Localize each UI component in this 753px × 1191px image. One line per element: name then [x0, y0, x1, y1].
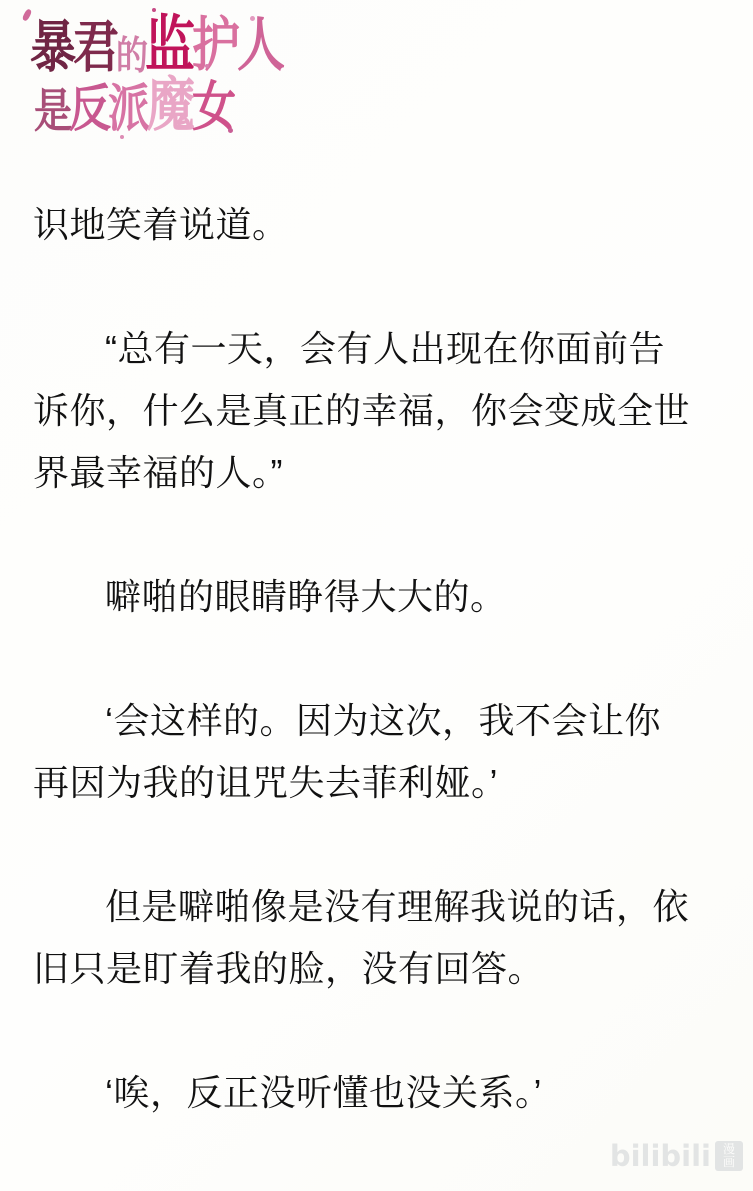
bilibili-watermark: bilibili 漫画 [610, 1141, 743, 1171]
paragraph-5: 但是噼啪像是没有理解我说的话，依旧只是盯着我的脸，没有回答。 [33, 876, 693, 1000]
logo-char: 君 [73, 19, 116, 75]
logo-char: 人 [237, 16, 282, 75]
logo-char: 的 [116, 36, 145, 75]
logo-char: 女 [192, 81, 233, 135]
paragraph-4: ‘会这样的。因为这次，我不会让你再因为我的诅咒失去菲利娅。’ [33, 690, 693, 814]
paragraph-2: “总有一天，会有人出现在你面前告诉你，什么是真正的幸福，你会变成全世界最幸福的人… [33, 318, 693, 504]
paragraph-3: 噼啪的眼睛睁得大大的。 [33, 566, 693, 628]
logo-char: 反 [69, 83, 108, 134]
logo-char: 派 [108, 83, 147, 134]
paragraph-1: 识地笑着说道。 [33, 194, 693, 256]
title-logo-line2: 是 反 派 魔 女 [34, 76, 233, 135]
logo-char: 护 [192, 16, 237, 75]
paragraph-6: ‘唉，反正没听懂也没关系。’ [33, 1062, 693, 1124]
bilibili-manga-badge-icon: 漫画 [715, 1141, 743, 1171]
title-logo: 暴 君 的 监 护 人 是 反 派 魔 女 [0, 0, 300, 150]
logo-char: 暴 [30, 19, 73, 75]
body-text: 识地笑着说道。 “总有一天，会有人出现在你面前告诉你，什么是真正的幸福，你会变成… [33, 194, 693, 1186]
logo-char: 是 [34, 88, 69, 134]
bilibili-wordmark: bilibili [610, 1142, 711, 1171]
title-logo-line1: 暴 君 的 监 护 人 [30, 14, 282, 75]
logo-char: 魔 [147, 76, 192, 135]
novel-page: 暴 君 的 监 护 人 是 反 派 魔 女 识地笑着说道。 “总有一天，会有人出… [0, 0, 753, 1191]
logo-char: 监 [145, 14, 192, 75]
